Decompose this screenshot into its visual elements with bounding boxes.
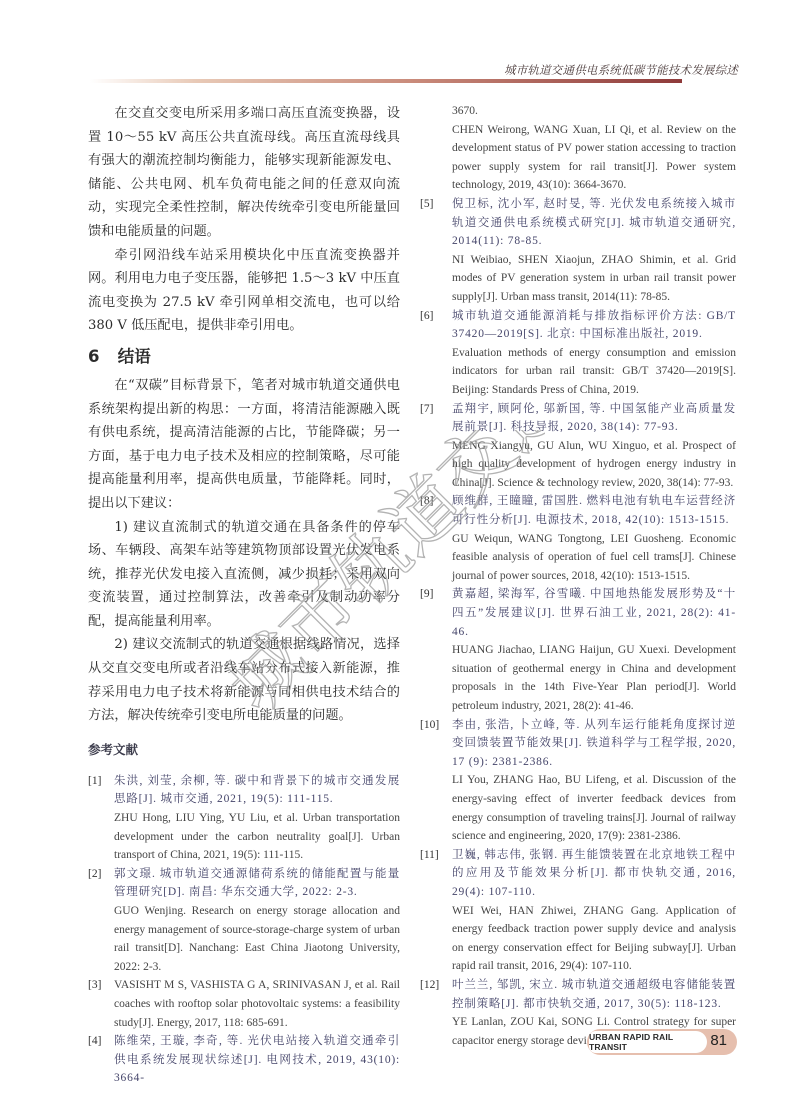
- reference-item: [5] 倪卫标, 沈小军, 赵时旻, 等. 光伏发电系统接入城市轨道交通供电系统…: [420, 195, 736, 307]
- reference-chinese: 郭文璟. 城市轨道交通源储荷系统的储能配置与能量管理研究[D]. 南昌: 华东交…: [114, 865, 400, 902]
- body-paragraph: 在“双碳”目标背景下，笔者对城市轨道交通供电系统架构提出新的构思：一方面，将清洁…: [88, 374, 400, 516]
- journal-name: URBAN RAPID RAIL TRANSIT: [589, 1032, 707, 1052]
- reference-english: WEI Wei, HAN Zhiwei, ZHANG Gang. Applica…: [452, 902, 736, 976]
- reference-item: [3] VASISHT M S, VASHISTA G A, SRINIVASA…: [88, 976, 400, 1032]
- section-title: 结语: [118, 347, 151, 366]
- reference-item: [6] 城市轨道交通能源消耗与排放指标评价方法: GB/T 37420—2019…: [420, 307, 736, 400]
- reference-english: Evaluation methods of energy consumption…: [452, 344, 736, 400]
- footer-badge: URBAN RAPID RAIL TRANSIT 81: [587, 1029, 737, 1055]
- reference-english: GUO Wenjing. Research on energy storage …: [114, 902, 400, 976]
- section-heading: 6 结语: [88, 344, 400, 370]
- reference-number: [11]: [420, 846, 452, 976]
- reference-number: [1]: [88, 772, 114, 865]
- reference-chinese: 黄嘉超, 梁海军, 谷雪曦. 中国地热能发展形势及“十四五”发展建议[J]. 世…: [452, 585, 736, 641]
- reference-english: VASISHT M S, VASHISTA G A, SRINIVASAN J,…: [114, 976, 400, 1032]
- reference-english: CHEN Weirong, WANG Xuan, LI Qi, et al. R…: [452, 121, 736, 195]
- reference-item: [1] 朱洪, 刘莹, 余柳, 等. 碳中和背景下的城市交通发展思路[J]. 城…: [88, 772, 400, 865]
- reference-chinese: 顾维群, 王瞳瞳, 雷国胜. 燃料电池有轨电车运营经济可行性分析[J]. 电源技…: [452, 492, 736, 529]
- reference-english: MENG Xiangyu, GU Alun, WU Xinguo, et al.…: [452, 437, 736, 493]
- reference-number: [6]: [420, 307, 452, 400]
- reference-chinese: 孟翔宇, 顾阿伦, 邬新国, 等. 中国氢能产业高质量发展前景[J]. 科技导报…: [452, 400, 736, 437]
- reference-number: [4]: [88, 1032, 114, 1088]
- reference-number: [12]: [420, 976, 452, 1050]
- body-paragraph: 2) 建议交流制式的轨道交通根据线路情况，选择从交直交变电所或者沿线车站分布式接…: [88, 633, 400, 727]
- reference-chinese: 李由, 张浩, 卜立峰, 等. 从列车运行能耗角度探讨逆变回馈装置节能效果[J]…: [452, 716, 736, 772]
- reference-number: [8]: [420, 492, 452, 585]
- reference-number: [3]: [88, 976, 114, 1032]
- reference-number: [5]: [420, 195, 452, 307]
- reference-item: [11] 卫巍, 韩志伟, 张钢. 再生能馈装置在北京地铁工程中的应用及节能效果…: [420, 846, 736, 976]
- body-paragraph: 1) 建议直流制式的轨道交通在具备条件的停车场、车辆段、高架车站等建筑物顶部设置…: [88, 516, 400, 634]
- section-number: 6: [88, 344, 112, 370]
- reference-item: [9] 黄嘉超, 梁海军, 谷雪曦. 中国地热能发展形势及“十四五”发展建议[J…: [420, 585, 736, 715]
- reference-chinese: 倪卫标, 沈小军, 赵时旻, 等. 光伏发电系统接入城市轨道交通供电系统模式研究…: [452, 195, 736, 251]
- reference-item: [2] 郭文璟. 城市轨道交通源储荷系统的储能配置与能量管理研究[D]. 南昌:…: [88, 865, 400, 977]
- left-column: 在交直交变电所采用多端口高压直流变换器，设置 10～55 kV 高压公共直流母线…: [88, 102, 400, 1088]
- reference-item-continued: 3670. CHEN Weirong, WANG Xuan, LI Qi, et…: [420, 102, 736, 195]
- reference-chinese: 朱洪, 刘莹, 余柳, 等. 碳中和背景下的城市交通发展思路[J]. 城市交通,…: [114, 772, 400, 809]
- reference-number: [2]: [88, 865, 114, 977]
- header-rule: [90, 79, 682, 83]
- reference-chinese: 卫巍, 韩志伟, 张钢. 再生能馈装置在北京地铁工程中的应用及节能效果分析[J]…: [452, 846, 736, 902]
- right-column: 3670. CHEN Weirong, WANG Xuan, LI Qi, et…: [420, 102, 736, 1050]
- reference-english: NI Weibiao, SHEN Xiaojun, ZHAO Shimin, e…: [452, 251, 736, 307]
- reference-item: [8] 顾维群, 王瞳瞳, 雷国胜. 燃料电池有轨电车运营经济可行性分析[J].…: [420, 492, 736, 585]
- reference-item: [4] 陈维荣, 王璇, 李奇, 等. 光伏电站接入轨道交通牵引供电系统发展现状…: [88, 1032, 400, 1088]
- running-head: 城市轨道交通供电系统低碳节能技术发展综述: [504, 62, 738, 78]
- reference-item: [7] 孟翔宇, 顾阿伦, 邬新国, 等. 中国氢能产业高质量发展前景[J]. …: [420, 400, 736, 493]
- reference-number: [9]: [420, 585, 452, 715]
- reference-english: GU Weiqun, WANG Tongtong, LEI Guosheng. …: [452, 530, 736, 586]
- reference-continuation: 3670.: [452, 102, 736, 121]
- reference-item: [10] 李由, 张浩, 卜立峰, 等. 从列车运行能耗角度探讨逆变回馈装置节能…: [420, 716, 736, 846]
- references-heading: 参考文献: [88, 740, 400, 758]
- reference-number: [7]: [420, 400, 452, 493]
- reference-chinese: 叶兰兰, 邹凯, 宋立. 城市轨道交通超级电容储能装置控制策略[J]. 都市快轨…: [452, 976, 736, 1013]
- body-paragraph: 在交直交变电所采用多端口高压直流变换器，设置 10～55 kV 高压公共直流母线…: [88, 102, 400, 244]
- reference-chinese: 城市轨道交通能源消耗与排放指标评价方法: GB/T 37420—2019[S].…: [452, 307, 736, 344]
- reference-english: HUANG Jiachao, LIANG Haijun, GU Xuexi. D…: [452, 641, 736, 715]
- reference-chinese: 陈维荣, 王璇, 李奇, 等. 光伏电站接入轨道交通牵引供电系统发展现状综述[J…: [114, 1032, 400, 1088]
- body-paragraph: 牵引网沿线车站采用模块化中压直流变换器并网。利用电力电子变压器，能够把 1.5～…: [88, 244, 400, 338]
- page-number: 81: [710, 1032, 727, 1049]
- reference-number: [10]: [420, 716, 452, 846]
- reference-english: ZHU Hong, LIU Ying, YU Liu, et al. Urban…: [114, 809, 400, 865]
- reference-english: LI You, ZHANG Hao, BU Lifeng, et al. Dis…: [452, 771, 736, 845]
